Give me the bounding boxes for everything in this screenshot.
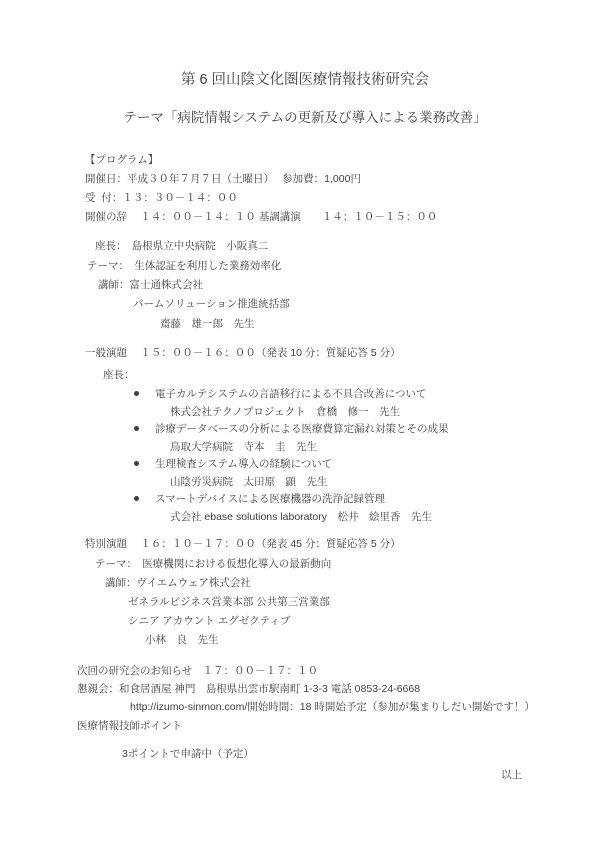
keynote-chair: 座長： 島根県立中央病院 小阪真二 — [95, 240, 268, 252]
program-opening: 開催の辞 １４：００－１４：１０ 基調講演 １４：１０－１５：００ — [85, 211, 437, 223]
special-session-lecturer: 講師：ヴイエムウェア株式会社 — [105, 577, 251, 589]
bullet-icon — [134, 391, 139, 396]
special-session-speaker: 小林 良 先生 — [145, 634, 219, 646]
program-heading: 【プログラム】 — [85, 154, 158, 166]
general-session-chair: 座長： — [103, 369, 135, 381]
general-item-title: 生理検査システム導入の経験について — [155, 458, 332, 470]
end-mark: 以上 — [501, 769, 522, 781]
general-item-title: スマートデバイスによる医療機器の洗浄記録管理 — [155, 493, 385, 505]
page-theme: テーマ「病院情報システムの更新及び導入による業務改善」 — [0, 110, 610, 126]
general-session-heading: 一般演題 １５：００－１６：００（発表 10 分：質疑応答 5 分） — [85, 347, 401, 359]
general-item-speaker: 山陰労災病院 太田原 顕 先生 — [170, 476, 328, 488]
special-session-department: ゼネラルビジネス営業本部 公共第三営業部 — [128, 596, 330, 608]
special-session-theme: テーマ： 医療機関における仮想化導入の最新動向 — [95, 558, 331, 570]
special-session-heading: 特別演題 １６：１０－１７：００（発表 45 分：質疑応答 5 分） — [85, 538, 401, 550]
document-page: 第 6 回山陰文化圏医療情報技術研究会 テーマ「病院情報システムの更新及び導入に… — [0, 0, 610, 859]
program-reception: 受 付：１３：３０－１４：００ — [85, 192, 238, 204]
general-item-title: 診療データベースの分析による医療費算定漏れ対策とその成果 — [155, 423, 448, 435]
keynote-theme: テーマ： 生体認証を利用した業務効率化 — [87, 260, 281, 272]
keynote-department: パームソリューション推進統括部 — [133, 298, 290, 310]
points-heading: 医療情報技師ポイント — [77, 720, 182, 732]
general-item-speaker: 式会社 ebase solutions laboratory 松井 絵里香 先生 — [170, 511, 432, 523]
bullet-icon — [134, 461, 139, 466]
general-item-speaker: 鳥取大学病院 寺本 圭 先生 — [170, 441, 317, 453]
keynote-lecturer: 講師：富士通株式会社 — [98, 279, 203, 291]
points-detail: 3ポイントで申請中（予定） — [122, 748, 254, 760]
general-item-speaker: 株式会社テクノプロジェクト 倉橋 修一 先生 — [170, 406, 400, 418]
general-item-title: 電子カルテシステムの言語移行による不具合改善について — [155, 388, 427, 400]
keynote-speaker: 齋藤 雄一郎 先生 — [160, 318, 255, 330]
special-session-position: シニア アカウント エグゼクティブ — [128, 615, 290, 627]
social-url-line: http://izumo-sinmon.com/開始時間：18 時開始予定（参加… — [130, 701, 535, 713]
social-gathering-line: 懇親会：和食居酒屋 神門 島根県出雲市駅南町 1-3-3 電話 0853-24-… — [77, 683, 420, 695]
bullet-icon — [134, 426, 139, 431]
program-date-fee: 開催日：平成３０年７月７日（土曜日） 参加費：1,000円 — [85, 173, 361, 185]
next-meeting-line: 次回の研究会のお知らせ １７：００－１７：１０ — [77, 665, 318, 677]
page-title: 第 6 回山陰文化圏医療情報技術研究会 — [0, 72, 610, 89]
bullet-icon — [134, 496, 139, 501]
